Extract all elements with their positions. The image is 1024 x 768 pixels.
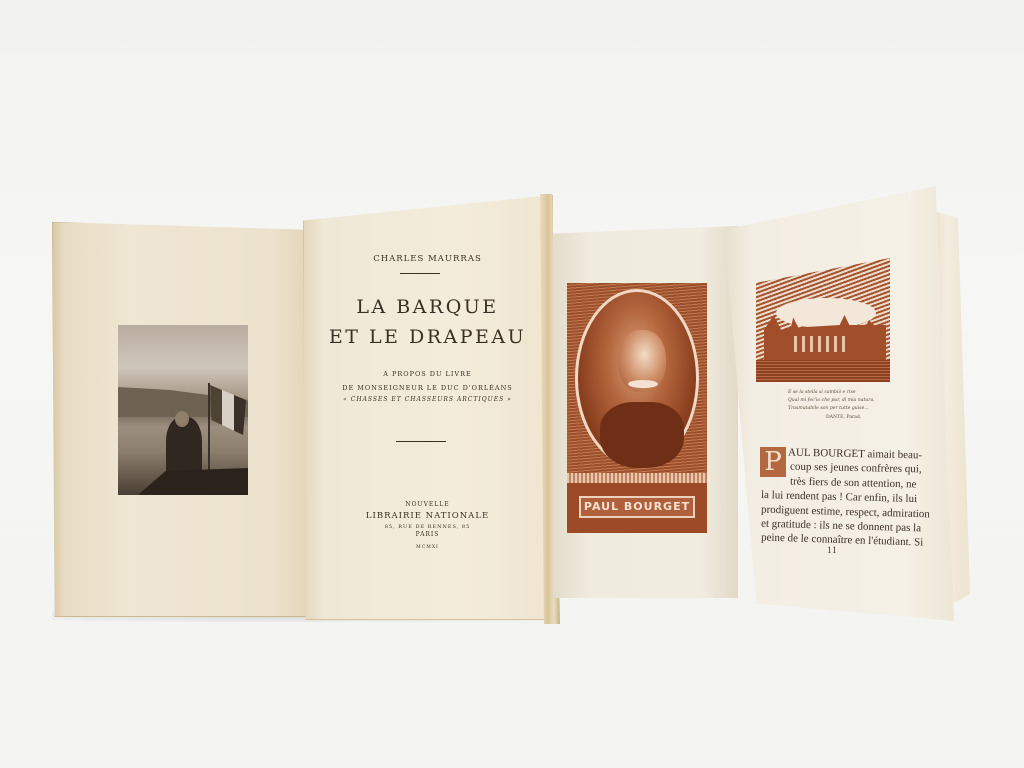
epigraph-line-3: Trasmutabile son per tutte guise... [788, 406, 869, 411]
frontispiece-photo [118, 325, 248, 495]
page-number: 11 [827, 545, 838, 555]
name-plaque: PAUL BOURGET [579, 496, 695, 518]
publisher-line-1: NOUVELLE [310, 501, 545, 508]
portrait-moustache [628, 380, 658, 388]
book2-right-page [724, 186, 954, 621]
publisher-city: PARIS [310, 531, 545, 538]
portrait-engraving: PAUL BOURGET [567, 283, 707, 533]
epigraph-attribution: DANTE, Parad. [826, 415, 861, 420]
chateau-windows [794, 336, 849, 352]
book-title-line-1: LA BARQUE [310, 296, 545, 318]
engraving-ground [756, 360, 890, 382]
epigraph-line-1: E se la stella si cambiò e rise [788, 390, 856, 395]
subtitle-line-2: DE MONSEIGNEUR LE DUC D'ORLÉANS [310, 384, 545, 392]
publisher-address: 85, RUE DE RENNES, 85 [310, 524, 545, 530]
title-rule [400, 273, 440, 274]
flag-pole [208, 383, 210, 483]
plaque-band [567, 473, 707, 483]
engraving-cloud [776, 298, 876, 328]
publication-year: MCMXI [310, 545, 545, 550]
author-name: CHARLES MAURRAS [310, 254, 545, 264]
photo-man-head [175, 411, 189, 427]
book-title-line-2: ET LE DRAPEAU [310, 326, 545, 348]
publisher-line-2: LIBRAIRIE NATIONALE [310, 511, 545, 521]
middle-rule [396, 441, 446, 442]
portrait-coat [600, 402, 684, 468]
drop-cap: P [760, 447, 786, 477]
subtitle-line-3: « CHASSES ET CHASSEURS ARCTIQUES » [310, 396, 545, 403]
epigraph-line-2: Qual mi fec'io che pur, di mia natura, [788, 398, 875, 403]
flag-icon [210, 385, 246, 435]
portrait-oval-frame [575, 289, 699, 467]
subtitle-line-1: A PROPOS DU LIVRE [310, 370, 545, 378]
